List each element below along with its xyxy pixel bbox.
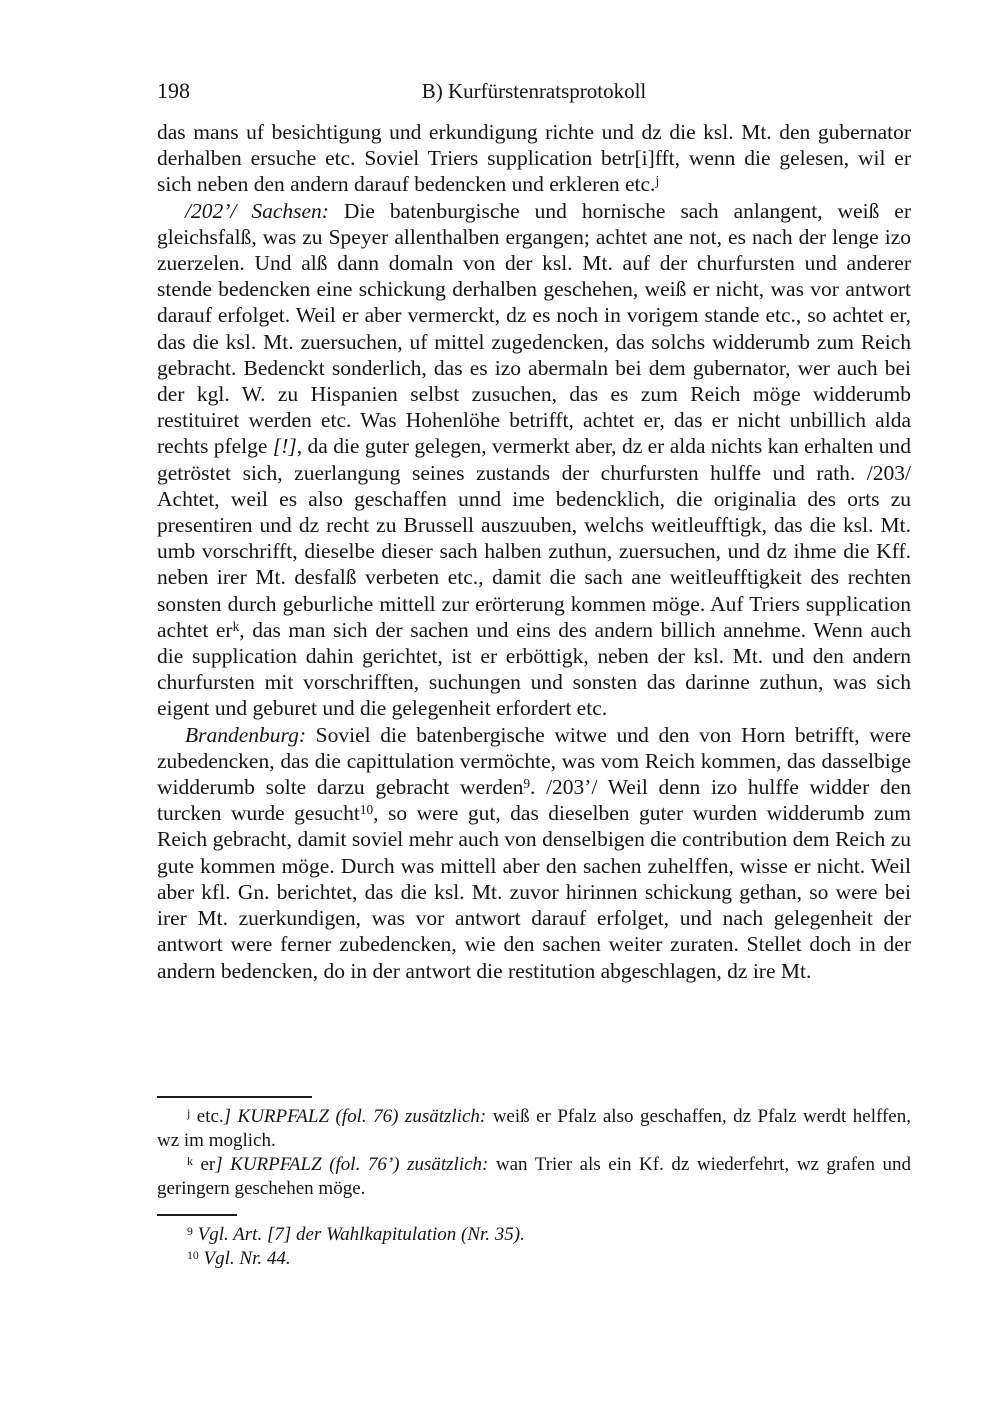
footnote-marker: k [187, 1155, 193, 1168]
footnote-separator-rule [157, 1096, 312, 1098]
text-segment: er [193, 1154, 215, 1175]
text-segment: ] KURPFALZ (fol. 76’) zusätzlich: [215, 1154, 488, 1175]
text-segment: , da die guter gelegen, vermerkt aber, d… [157, 434, 911, 641]
footnote-marker: j [187, 1107, 190, 1120]
footnote-letter-k: k er] KURPFALZ (fol. 76’) zusätzlich: wa… [157, 1153, 911, 1201]
footnote-separator-rule-2 [157, 1214, 237, 1216]
body-paragraph-brandenburg: Brandenburg: Soviel die batenbergische w… [157, 722, 911, 984]
footnote-number-9: 9 Vgl. Art. [7] der Wahlkapitulation (Nr… [157, 1223, 911, 1247]
footnote-block: j etc.] KURPFALZ (fol. 76) zusätzlich: w… [157, 1096, 911, 1271]
text-segment: etc. [190, 1106, 223, 1127]
main-text-block: das mans uf besichtigung und erkundigung… [157, 119, 911, 984]
footnote-marker: k [233, 619, 240, 634]
body-paragraph-continuation: das mans uf besichtigung und erkundigung… [157, 119, 911, 198]
footnote-marker: 10 [187, 1249, 199, 1262]
footnote-letter-j: j etc.] KURPFALZ (fol. 76) zusätzlich: w… [157, 1105, 911, 1153]
page-header: 198 B) Kurfürstenratsprotokoll [157, 78, 911, 106]
footnote-number-10: 10 Vgl. Nr. 44. [157, 1247, 911, 1271]
body-paragraph-sachsen: /202’/ Sachsen: Die batenburgische und h… [157, 198, 911, 722]
footnote-marker: 9 [523, 776, 530, 791]
book-page: 198 B) Kurfürstenratsprotokoll das mans … [0, 0, 1004, 1418]
text-segment: , so were gut, das dieselben guter wurde… [157, 801, 911, 982]
text-segment: das mans uf besichtigung und erkundigung… [157, 120, 911, 196]
text-segment: [!] [273, 434, 297, 458]
text-segment: ] KURPFALZ (fol. 76) zusätzlich: [224, 1106, 487, 1127]
page-number: 198 [157, 78, 190, 104]
text-segment: /202’/ Sachsen: [185, 199, 329, 223]
footnote-marker: j [655, 173, 659, 188]
text-segment: , das man sich der sachen und eins des a… [157, 618, 911, 721]
text-segment: Die batenburgische und hornische sach an… [157, 199, 911, 459]
footnote-marker: 10 [360, 802, 373, 817]
footnote-marker: 9 [187, 1225, 193, 1238]
text-segment: Brandenburg: [185, 723, 306, 747]
text-segment: Vgl. Art. [7] der Wahlkapitulation (Nr. … [193, 1224, 525, 1245]
text-segment: Vgl. Nr. 44. [199, 1248, 291, 1269]
running-header: B) Kurfürstenratsprotokoll [157, 78, 911, 104]
